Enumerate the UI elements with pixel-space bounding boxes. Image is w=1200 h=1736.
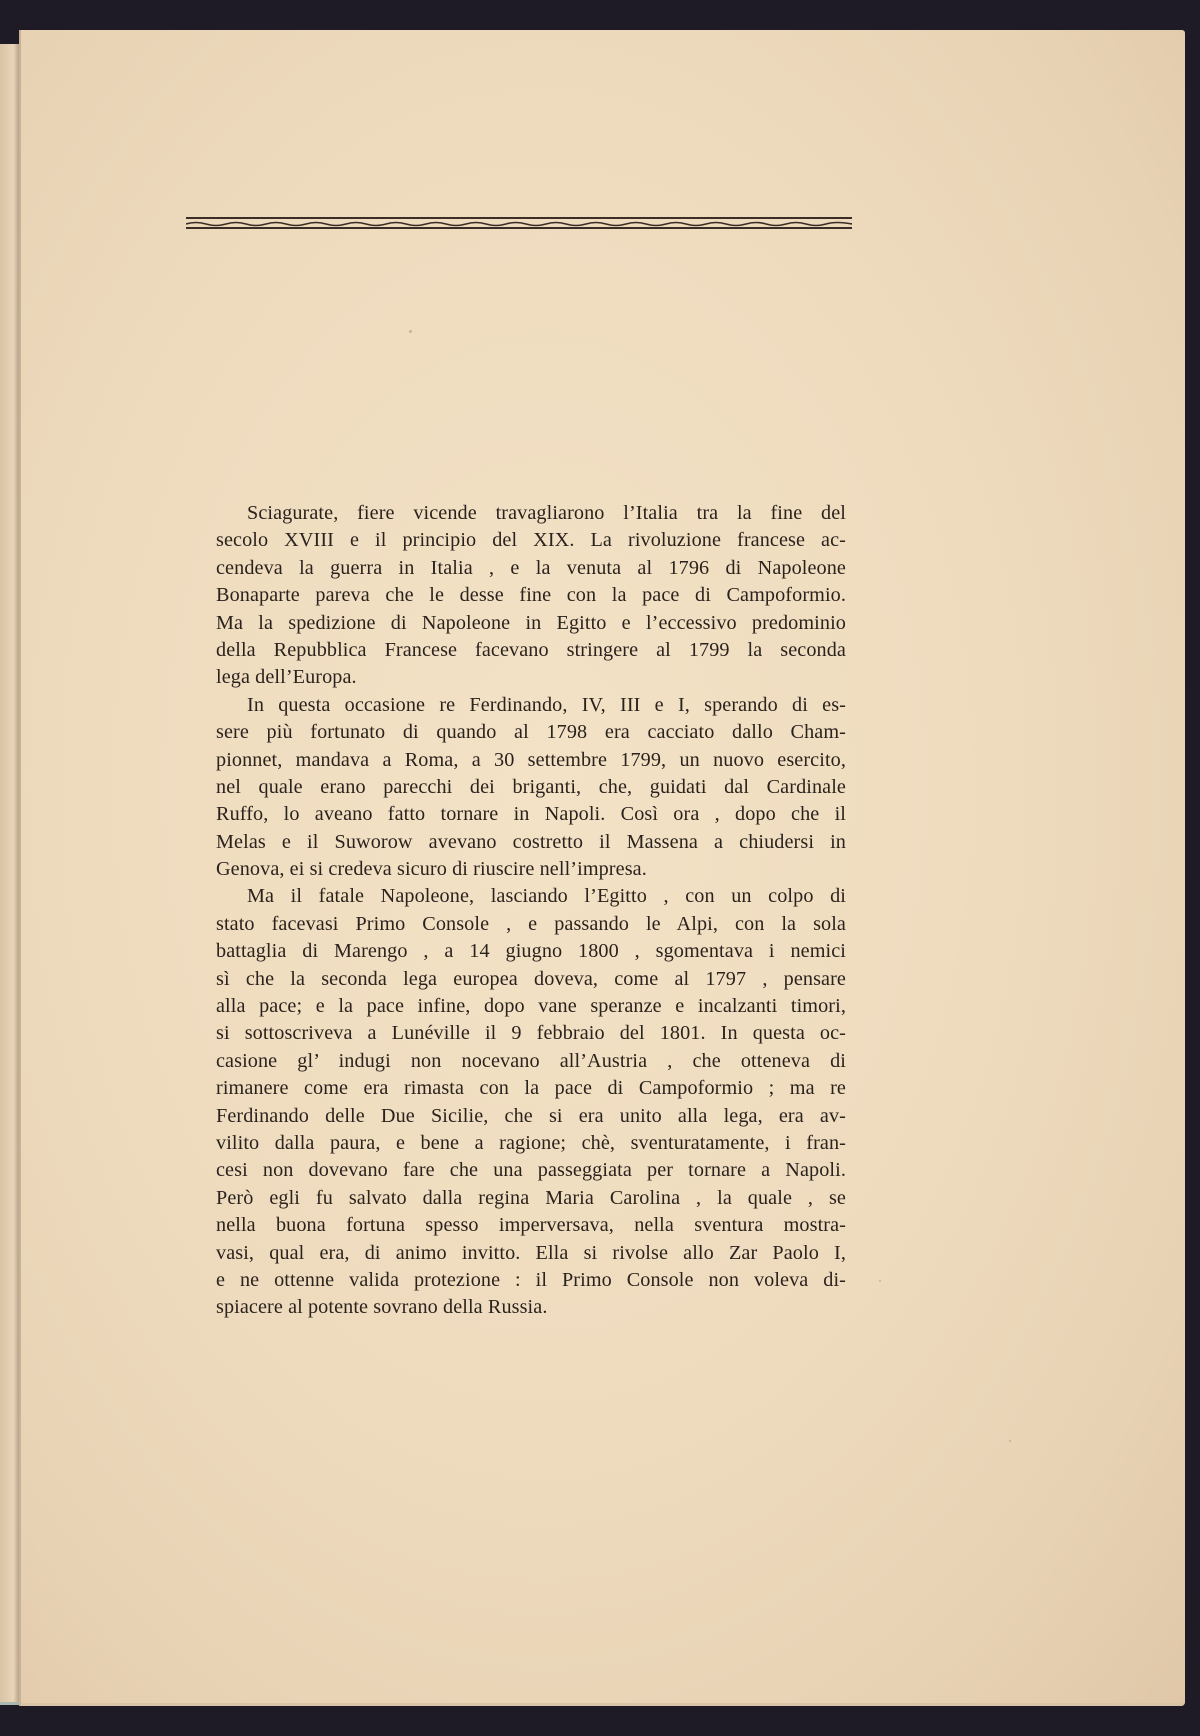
text-line: lega dell’Europa. (216, 664, 846, 691)
text-line: sere più fortunato di quando al 1798 era… (216, 719, 846, 746)
text-line: cesi non dovevano fare che una passeggia… (216, 1157, 846, 1184)
text-line: vasi, qual era, di animo invitto. Ella s… (216, 1240, 846, 1267)
text-line: Genova, ei si credeva sicuro di riuscire… (216, 856, 846, 883)
text-line: e ne ottenne valida protezione : il Prim… (216, 1267, 846, 1294)
text-line: rimanere come era rimasta con la pace di… (216, 1075, 846, 1102)
text-line: Bonaparte pareva che le desse fine con l… (216, 582, 846, 609)
text-line: Ferdinando delle Due Sicilie, che si era… (216, 1103, 846, 1130)
text-line: stato facevasi Primo Console , e passand… (216, 911, 846, 938)
text-line: Però egli fu salvato dalla regina Maria … (216, 1185, 846, 1212)
text-line: si sottoscriveva a Lunéville il 9 febbra… (216, 1020, 846, 1047)
text-line: Sciagurate, fiere vicende travagliarono … (216, 500, 846, 527)
text-line: pionnet, mandava a Roma, a 30 settembre … (216, 747, 846, 774)
text-line: alla pace; e la pace infine, dopo vane s… (216, 993, 846, 1020)
paragraph-2: In questa occasione re Ferdinando, IV, I… (216, 692, 846, 884)
header-ornament-rule (186, 214, 852, 230)
text-line: casione gl’ indugi non nocevano all’Aust… (216, 1048, 846, 1075)
top-rule (186, 217, 852, 219)
text-line: Ma il fatale Napoleone, lasciando l’Egit… (216, 883, 846, 910)
text-line: secolo XVIII e il principio del XIX. La … (216, 527, 846, 554)
text-line: nel quale erano parecchi dei briganti, c… (216, 774, 846, 801)
paragraph-3: Ma il fatale Napoleone, lasciando l’Egit… (216, 883, 846, 1321)
text-line: cendeva la guerra in Italia , e la venut… (216, 555, 846, 582)
body-text: Sciagurate, fiere vicende travagliarono … (216, 500, 846, 1322)
text-line: In questa occasione re Ferdinando, IV, I… (216, 692, 846, 719)
text-line: della Repubblica Francese facevano strin… (216, 637, 846, 664)
bottom-rule (186, 227, 852, 229)
paragraph-1: Sciagurate, fiere vicende travagliarono … (216, 500, 846, 692)
text-line: spiacere al potente sovrano della Russia… (216, 1294, 846, 1321)
text-line: vilito dalla paura, e bene a ragione; ch… (216, 1130, 846, 1157)
text-line: Melas e il Suworow avevano costretto il … (216, 829, 846, 856)
text-line: sì che la seconda lega europea doveva, c… (216, 966, 846, 993)
text-line: battaglia di Marengo , a 14 giugno 1800 … (216, 938, 846, 965)
text-line: Ruffo, lo aveano fatto tornare in Napoli… (216, 801, 846, 828)
previous-page-edge (0, 44, 19, 1705)
text-line: nella buona fortuna spesso imperversava,… (216, 1212, 846, 1239)
text-line: Ma la spedizione di Napoleone in Egitto … (216, 610, 846, 637)
